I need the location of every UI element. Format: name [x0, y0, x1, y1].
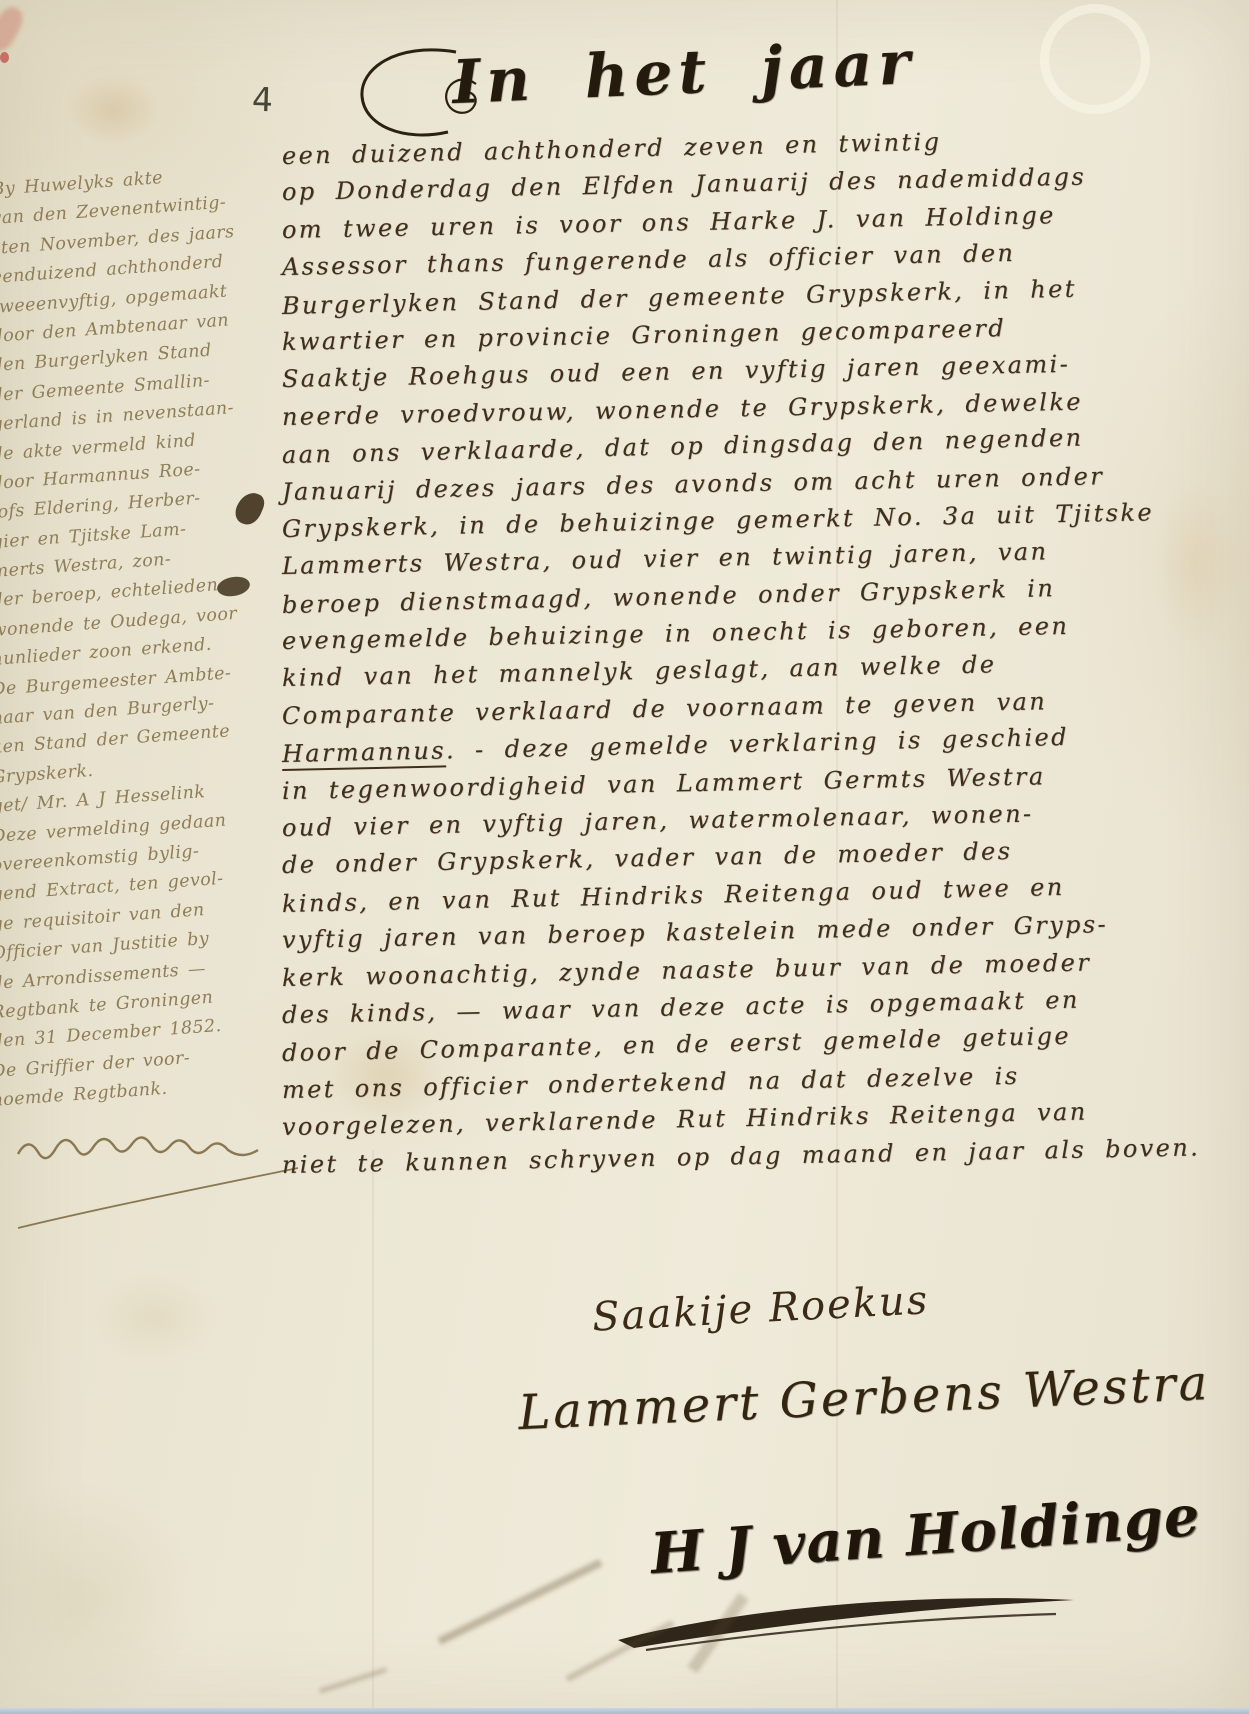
ink-smudge — [319, 1667, 387, 1693]
paper-stain — [90, 1270, 220, 1365]
paper-stain — [66, 74, 161, 146]
paper-stain — [0, 1480, 200, 1714]
signature-officer: H J van Holdinge — [648, 1483, 1202, 1587]
signature-midwife: Saakije Roekus — [591, 1277, 930, 1341]
watermark-ring — [1040, 4, 1150, 114]
signature-witness: Lammert Gerbens Westra — [517, 1355, 1211, 1441]
ink-smudge — [437, 1559, 602, 1645]
red-edge-smear — [0, 3, 27, 55]
red-edge-dot — [0, 52, 9, 63]
document-page: 4 In het jaar By Huwelyks aktevan den Ze… — [0, 0, 1249, 1714]
griffier-signature-scrawl — [10, 1112, 310, 1242]
signature-flourish — [612, 1586, 1092, 1656]
page-number: 4 — [251, 80, 273, 120]
scan-edge — [0, 1708, 1249, 1714]
fold-line — [372, 1150, 374, 1714]
margin-annotation: By Huwelyks aktevan den Zevenentwintig-s… — [0, 180, 277, 1121]
act-body-text: een duizend achthonderd zeven en twintig… — [282, 141, 1182, 1188]
